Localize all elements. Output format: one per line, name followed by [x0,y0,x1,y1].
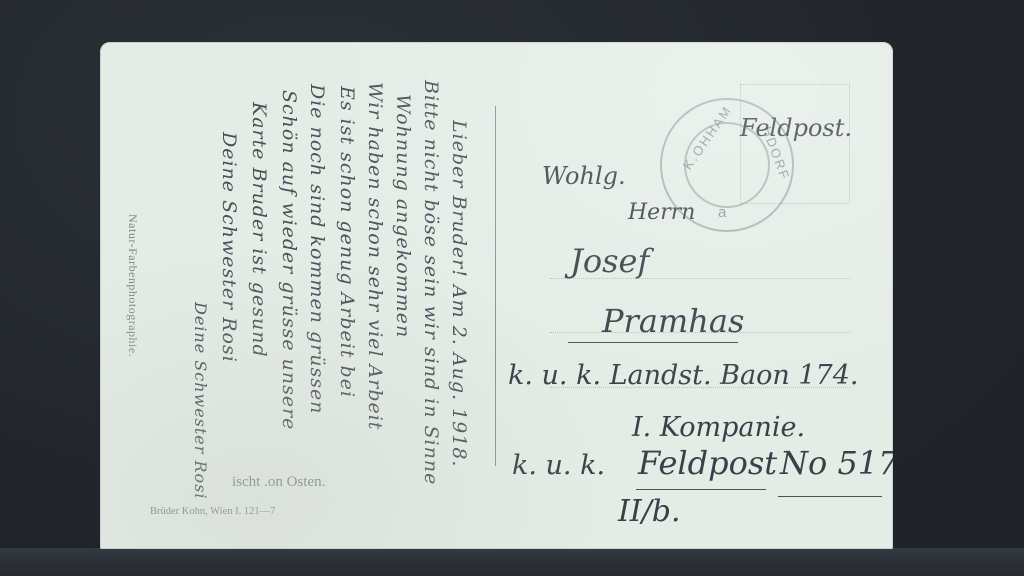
feldpost-label: Feldpost [638,444,777,482]
message-date-line: Lieber Bruder! Am 2. Aug. 1918. [448,120,470,467]
message-line: Karte Bruder ist gesund [248,102,270,358]
company-line: I. Kompanie. [632,412,805,443]
message-line: Die noch sind kommen grüssen [306,84,328,414]
printed-photo-credit: Natur-Farbenphotographie. [125,214,140,357]
unit-line: k. u. k. Landst. Baon 174. [508,360,858,391]
feldpost-number-underline [778,496,882,497]
printed-caption: ischt .on Osten. [232,474,325,491]
printed-publisher: Brüder Kohn, Wien I. 121—7 [150,506,275,517]
feldpost-prefix: k. u. k. [512,450,605,481]
recipient-first-name: Josef [570,242,649,280]
feldpost-number: No 517. [780,444,893,482]
message-line: Bitte nicht böse sein wir sind in Sinne [420,80,442,485]
message-line: Wohnung angekommen [392,94,414,338]
message-line: Deine Schwester Rosi [218,132,240,363]
recipient-last-name: Pramhas [602,302,744,340]
message-line: Es ist schon genug Arbeit bei [336,86,358,398]
feldpost-header: Feldpost. [740,114,852,142]
card-divider-line [495,106,496,466]
sender-abbreviation: Wohlg. [542,162,626,190]
message-line: Schön auf wieder grüsse unsere [278,90,300,430]
feldpost-underline [636,489,766,490]
postcard: Natur-Farbenphotographie. ischt .on Oste… [100,42,893,549]
message-line: Wir haben schon sehr viel Arbeit [364,82,386,430]
salutation: Herrn [628,200,695,225]
sub-unit: II/b. [618,494,681,529]
postmark-bottom-text: a [718,204,728,221]
display-ledge [0,548,1024,576]
last-name-underline [568,342,738,343]
message-line: Deine Schwester Rosi [191,302,210,500]
